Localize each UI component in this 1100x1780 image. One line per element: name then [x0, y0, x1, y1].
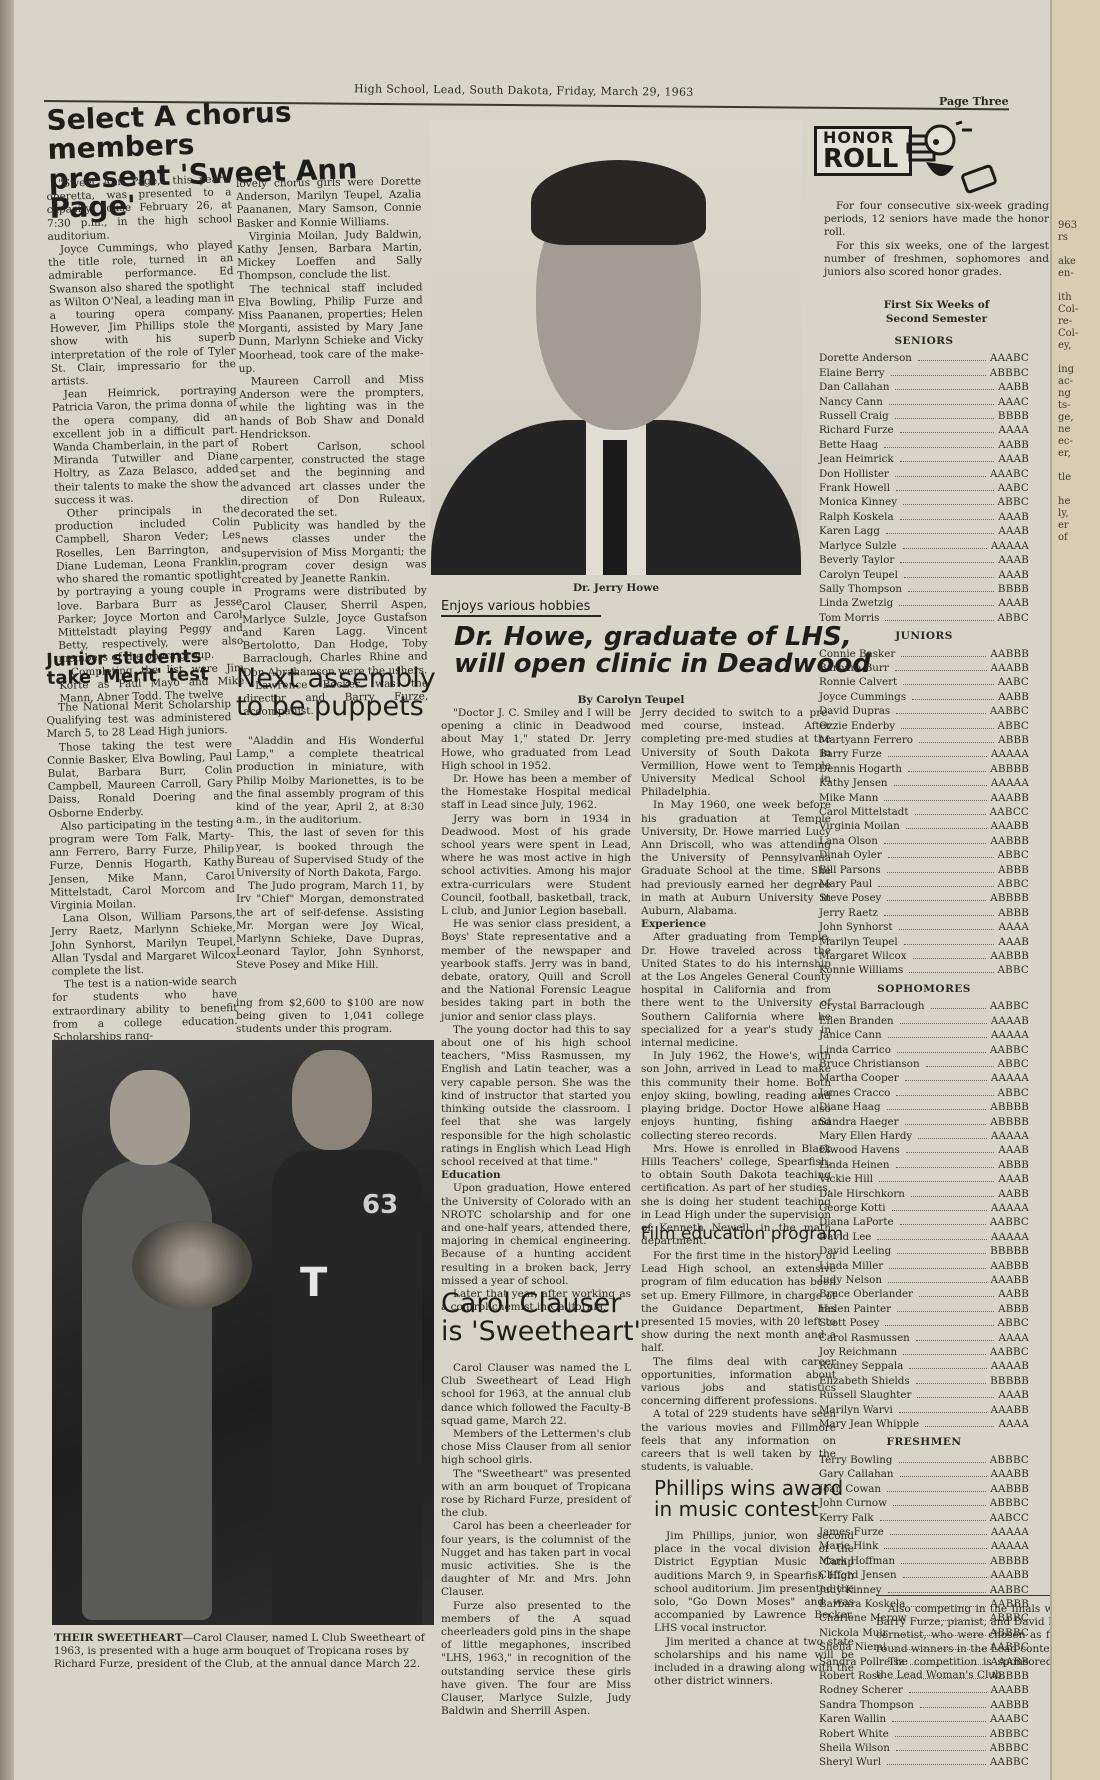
honor-roll-entry: Judy NelsonAAABB [819, 1273, 1029, 1287]
newspaper-page: High School, Lead, South Dakota, Friday,… [14, 0, 1054, 1780]
paragraph: Furze also presented to the members of t… [441, 1600, 631, 1719]
phillips-headline-line1: Phillips wins award [654, 1478, 843, 1499]
dot-leader [900, 461, 995, 462]
student-name: Connie Basker [819, 647, 895, 661]
honor-roll-entry: Elizabeth ShieldsBBBBB [819, 1374, 1029, 1388]
paragraph: Also participating in the testing progra… [48, 817, 235, 913]
student-grades: ABBB [998, 1302, 1029, 1316]
student-name: Frank Howell [819, 481, 890, 495]
dot-leader [916, 1340, 995, 1341]
student-grades: AAABB [991, 1403, 1029, 1417]
student-name: Clifford Jensen [819, 1568, 897, 1582]
assembly-headline-line2: to be puppets [236, 693, 436, 721]
student-name: George Kotti [819, 1201, 886, 1215]
honor-roll-entry: Linda ZwetzigAAAB [819, 596, 1029, 610]
student-grades: AAABB [991, 1273, 1029, 1287]
dot-leader [889, 404, 994, 405]
dot-leader [885, 1325, 993, 1326]
caption-lead: THEIR SWEETHEART [54, 1632, 183, 1644]
honor-roll-entry: Ozzie EnderbyABBC [819, 719, 1029, 733]
honor-roll-entry: Helen PainterABBB [819, 1302, 1029, 1316]
sweetheart-headline-line1: Carol Clauser [441, 1290, 641, 1318]
howe-column-1: "Doctor J. C. Smiley and I will be openi… [441, 707, 631, 1314]
student-grades: AABB [998, 438, 1029, 452]
paragraph: He was senior class president, a Boys' S… [441, 918, 631, 1024]
howe-headline-line1: Dr. Howe, graduate of LHS, [454, 624, 871, 651]
honor-roll-entry: Terry BowlingABBBC [819, 1453, 1029, 1467]
honor-roll-entry: Russell SlaughterAAAB [819, 1388, 1029, 1402]
honor-roll-entry: Joy ReichmannAABBC [819, 1345, 1029, 1359]
student-name: Mike Mann [819, 791, 878, 805]
boy-figure [272, 1150, 422, 1625]
merit-headline: Junior students take 'Merit' test [46, 648, 209, 689]
honor-roll-entry: Kathy JensenAAAAA [819, 776, 1029, 790]
student-name: Konnie Williams [819, 963, 903, 977]
student-name: Karen Wallin [819, 1712, 886, 1726]
jacket-letter: T [300, 1260, 327, 1306]
student-name: Mary Paul [819, 877, 872, 891]
student-name: Rodney Scherer [819, 1683, 903, 1697]
student-grades: ABBB [998, 863, 1029, 877]
dot-leader [887, 900, 986, 901]
student-name: Dinah Oyler [819, 848, 882, 862]
honor-roll-entry: Bette HaagAABB [819, 438, 1029, 452]
honor-roll-entry: Margaret WilcoxAABBB [819, 949, 1029, 963]
student-grades: AABBC [990, 1583, 1029, 1597]
paragraph: In July 1962, the Howe's, with son John,… [641, 1050, 831, 1142]
honor-roll-entry: Barbara BurrAAABB [819, 661, 1029, 675]
student-grades: AAAAA [991, 776, 1029, 790]
student-grades: AABC [998, 481, 1029, 495]
student-name: Joy Reichmann [819, 1345, 897, 1359]
honor-roll-entry: Frank HowellAABC [819, 481, 1029, 495]
dot-leader [891, 375, 986, 376]
period-line2: Second Semester [824, 312, 1049, 326]
dot-leader [889, 1678, 986, 1679]
dot-leader [897, 1311, 994, 1312]
howe-headline: Dr. Howe, graduate of LHS, will open cli… [454, 624, 871, 677]
dot-leader [884, 800, 986, 801]
paragraph: Those taking the test were Connie Basker… [47, 738, 234, 821]
student-grades: AABB [998, 380, 1029, 394]
merit-headline-line2: take 'Merit' test [46, 666, 208, 689]
dot-leader [908, 591, 994, 592]
honor-roll-entry: Linda MillerAABBB [819, 1259, 1029, 1273]
student-grades: AABC [998, 675, 1029, 689]
paragraph: For four consecutive six-week grading pe… [824, 200, 1049, 240]
dot-leader [915, 814, 986, 815]
student-name: Monica Kinney [819, 495, 897, 509]
student-grades: AAAAB [991, 1359, 1029, 1373]
honor-roll-entry: Mary Ellen HardyAAAAA [819, 1129, 1029, 1143]
student-grades: AAAB [998, 510, 1029, 524]
dot-leader [896, 1750, 986, 1751]
assembly-column: "Aladdin and His Wonderful Lamp," a comp… [236, 735, 424, 1036]
student-name: Jerry Raetz [819, 906, 878, 920]
honor-roll-entry: Jean HeimrickAAAB [819, 452, 1029, 466]
hair [531, 160, 706, 245]
honor-roll-entry: Connie BaskerAABBB [819, 647, 1029, 661]
howe-byline: By Carolyn Teupel [441, 694, 821, 706]
dot-leader [913, 958, 987, 959]
student-name: Sally Thompson [819, 582, 902, 596]
student-name: Robert Rose [819, 1669, 883, 1683]
student-name: Joyce Cummings [819, 690, 906, 704]
dot-leader [904, 944, 995, 945]
student-grades: ABBBC [990, 1727, 1029, 1741]
honor-roll-entry: Nancy CannAAAC [819, 395, 1029, 409]
dot-leader [880, 1520, 986, 1521]
student-grades: AAAAA [991, 1525, 1029, 1539]
honor-roll-entry: Kerry FalkAABCC [819, 1511, 1029, 1525]
honor-roll-entry: Tom MorrisABBC [819, 611, 1029, 625]
student-name: Robert White [819, 1727, 889, 1741]
honor-roll-entry: Mary Jean WhippleAAAA [819, 1417, 1029, 1431]
student-name: Sandra Haeger [819, 1115, 899, 1129]
honor-roll-entry: Rodney SeppalaAAAAB [819, 1359, 1029, 1373]
dot-leader [905, 1124, 987, 1125]
dot-leader [908, 771, 986, 772]
student-name: Sheila Wilson [819, 1741, 890, 1755]
adjacent-page-edge: 963 rs ake en- ith Col- re- Col- ey, ing… [1050, 0, 1100, 1780]
dot-leader [901, 656, 986, 657]
paragraph: The National Merit Scholarship Qualifyin… [46, 698, 232, 741]
dot-leader [911, 1196, 994, 1197]
dot-leader [894, 785, 987, 786]
paragraph: Other principals in the production inclu… [55, 503, 244, 666]
student-name: Marie Hink [819, 1539, 878, 1553]
student-grades: AABBB [990, 1698, 1029, 1712]
student-grades: AAAB [998, 1143, 1029, 1157]
student-grades: AAAB [998, 1388, 1029, 1402]
student-grades: ABBBB [990, 891, 1029, 905]
honor-roll-entry: Diana LaPorteAABBC [819, 1215, 1029, 1229]
honor-roll-entry: James FurzeAAAAA [819, 1525, 1029, 1539]
student-grades: ABBBC [990, 1611, 1029, 1625]
howe-headline-line2: will open clinic in Deadwood [454, 651, 871, 678]
honor-roll-entry: Elwood HavensAAAB [819, 1143, 1029, 1157]
dot-leader [897, 1052, 986, 1053]
dot-leader [903, 1354, 986, 1355]
paragraph: Jerry decided to switch to a pre-med cou… [641, 707, 831, 799]
student-grades: ABBBB [990, 1100, 1029, 1114]
dot-leader [900, 1023, 987, 1024]
student-name: Elwood Havens [819, 1143, 900, 1157]
student-name: James Cracco [819, 1086, 890, 1100]
howe-portrait [431, 120, 801, 575]
honor-roll-entry: David LeelingBBBBB [819, 1244, 1029, 1258]
student-name: John Curnow [819, 1496, 887, 1510]
student-name: Beverly Taylor [819, 553, 894, 567]
student-grades: BBBB [998, 409, 1029, 423]
honor-roll-period: First Six Weeks of Second Semester [824, 298, 1049, 326]
student-grades: AAAAA [991, 1201, 1029, 1215]
student-grades: AAABB [991, 661, 1029, 675]
honor-logo-line2: ROLL [823, 146, 903, 172]
student-grades: ABBB [998, 733, 1029, 747]
student-grades: AABBC [990, 704, 1029, 718]
student-grades: BBBBB [990, 1244, 1029, 1258]
paragraph: The films deal with career opportunities… [641, 1356, 836, 1409]
student-name: David Lee [819, 1230, 871, 1244]
dot-leader [895, 670, 987, 671]
student-grades: AAAA [998, 423, 1029, 437]
student-grades: ABBBC [990, 366, 1029, 380]
dot-leader [906, 828, 987, 829]
student-grades: AABBB [990, 949, 1029, 963]
dot-leader [878, 886, 993, 887]
paragraph: The young doctor had this to say about o… [441, 1024, 631, 1169]
student-grades: AAAAA [991, 1071, 1029, 1085]
honor-roll-entry: David LeeAAAAA [819, 1230, 1029, 1244]
student-name: Ralph Koskela [819, 510, 894, 524]
dot-leader [918, 1138, 987, 1139]
honor-roll-section-title: SOPHOMORES [819, 982, 1029, 996]
dot-leader [886, 533, 994, 534]
dot-leader [879, 1181, 994, 1182]
student-name: Carol Mittelstadt [819, 805, 909, 819]
honor-roll-entry: Crystal BarracloughAABBC [819, 999, 1029, 1013]
dot-leader [888, 1282, 987, 1283]
honor-roll-entry: Karen WallinAAABC [819, 1712, 1029, 1726]
student-name: David Dupras [819, 704, 890, 718]
dot-leader [903, 684, 994, 685]
honor-roll-entry: Marie HinkAAAAA [819, 1539, 1029, 1553]
dot-leader [896, 1167, 995, 1168]
honor-roll-entry: Bruce ChristiansonABBC [819, 1057, 1029, 1071]
student-grades: ABBBC [990, 1741, 1029, 1755]
chorus-column-2: lovely chorus girls were Dorette Anderso… [236, 175, 429, 719]
student-name: Judy Kinney [819, 1583, 882, 1597]
dot-leader [919, 1296, 994, 1297]
student-name: Scott Posey [819, 1316, 879, 1330]
honor-roll-entry: George KottiAAAAA [819, 1201, 1029, 1215]
paragraph: Virginia Moilan, Judy Baldwin, Kathy Jen… [237, 228, 423, 283]
dot-leader [889, 1268, 986, 1269]
student-grades: AAAA [998, 1417, 1029, 1431]
dot-leader [909, 972, 993, 973]
honor-roll-entry: Barbara KoskelaAABBB [819, 1597, 1029, 1611]
dot-leader [892, 1649, 986, 1650]
honor-roll-entry: Monica KinneyABBC [819, 495, 1029, 509]
student-grades: BBBB [998, 582, 1029, 596]
paragraph: ing from $2,600 to $100 are now being gi… [236, 997, 424, 1037]
student-grades: BBBBB [990, 1374, 1029, 1388]
paragraph: The test is a nation-wide search for stu… [52, 975, 238, 1045]
student-grades: ABBC [998, 1057, 1029, 1071]
student-grades: AABBB [990, 647, 1029, 661]
student-grades: AAABB [991, 791, 1029, 805]
student-name: Dennis Hogarth [819, 762, 902, 776]
honor-roll-entry: Barry FurzeAAAAA [819, 747, 1029, 761]
dot-leader [918, 360, 986, 361]
paragraph: For the first time in the history of Lea… [641, 1250, 836, 1356]
honor-roll-entry: Linda CarricoAABBC [819, 1043, 1029, 1057]
honor-roll-entry: Steve PoseyABBBB [819, 891, 1029, 905]
paragraph: "Aladdin and His Wonderful Lamp," a comp… [236, 735, 424, 827]
paragraph: The Judo program, March 11, by Irv "Chie… [236, 880, 424, 972]
student-grades: AABB [998, 690, 1029, 704]
dot-leader [895, 476, 986, 477]
dot-leader [916, 1383, 987, 1384]
student-name: Sheila Niemi [819, 1640, 886, 1654]
student-name: Bette Haag [819, 438, 878, 452]
honor-roll-entry: Marilyn TeupelAAAB [819, 935, 1029, 949]
honor-roll-entry: Dinah OylerABBC [819, 848, 1029, 862]
student-name: Martha Cooper [819, 1071, 899, 1085]
student-grades: AAAA [998, 920, 1029, 934]
honor-roll-entry: Karen LaggAAAB [819, 524, 1029, 538]
phillips-headline: Phillips wins award in music contest [654, 1478, 843, 1520]
honor-roll-entry: Sandra HaegerABBBB [819, 1115, 1029, 1129]
honor-roll-entry: Elaine BerryABBBC [819, 366, 1029, 380]
paragraph: lovely chorus girls were Dorette Anderso… [236, 175, 422, 230]
student-name: Carol Rasmussen [819, 1331, 910, 1345]
dot-leader [892, 1210, 987, 1211]
honor-roll-entry: Mark HoffmanABBBB [819, 1554, 1029, 1568]
honor-roll-entry: Vickie HillAAAB [819, 1172, 1029, 1186]
howe-photo-caption: Dr. Jerry Howe [431, 582, 801, 594]
sweetheart-photo: 63 T [52, 1040, 434, 1625]
honor-roll-entry: Scott PoseyABBC [819, 1316, 1029, 1330]
dot-leader [877, 1239, 986, 1240]
dot-leader [893, 1505, 986, 1506]
student-name: David Leeling [819, 1244, 891, 1258]
student-grades: ABBBC [990, 1626, 1029, 1640]
honor-roll-entry: Sheila NiemiAABBC [819, 1640, 1029, 1654]
honor-roll-entry: Konnie WilliamsABBC [819, 963, 1029, 977]
dot-leader [887, 1764, 986, 1765]
student-grades: AAAAA [991, 1230, 1029, 1244]
student-name: Russell Slaughter [819, 1388, 911, 1402]
honor-roll-entry: Rodney SchererAAABB [819, 1683, 1029, 1697]
honor-roll-entry: Dan CallahanAABB [819, 380, 1029, 394]
student-grades: AAABB [991, 1655, 1029, 1669]
honor-roll-entry: Virginia MoilanAAABB [819, 819, 1029, 833]
student-grades: AAAAA [991, 1539, 1029, 1553]
dot-leader [901, 1563, 986, 1564]
honor-roll-entry: Gary CallahanAAABB [819, 1467, 1029, 1481]
dot-leader [909, 1692, 987, 1693]
dot-leader [894, 1635, 986, 1636]
honor-roll-entry: Ellen BrandenAAAAB [819, 1014, 1029, 1028]
honor-roll-entry: Carol MittelstadtAABCC [819, 805, 1029, 819]
dot-leader [892, 1721, 986, 1722]
dot-leader [896, 490, 994, 491]
honor-roll-entry: Judy KinneyAABBC [819, 1583, 1029, 1597]
student-name: Linda Heinen [819, 1158, 890, 1172]
student-grades: AABCC [990, 805, 1029, 819]
honor-roll-entry: Martha CooperAAAAA [819, 1071, 1029, 1085]
paragraph: A total of 229 students have seen the va… [641, 1408, 836, 1474]
dot-leader [885, 620, 993, 621]
boy-head [292, 1050, 372, 1150]
student-grades: AAAC [998, 395, 1029, 409]
honor-roll-section-title: FRESHMEN [819, 1435, 1029, 1449]
honor-roll-entry: Bill ParsonsABBB [819, 863, 1029, 877]
honor-roll-entry: Janice CannAAAAA [819, 1028, 1029, 1042]
film-headline: Film education program [641, 1226, 843, 1244]
honor-roll-entry: Don HollisterAAABC [819, 467, 1029, 481]
student-name: Dorette Anderson [819, 351, 912, 365]
honor-roll-entry: Bruce OberlanderAABB [819, 1287, 1029, 1301]
student-grades: AABB [998, 1287, 1029, 1301]
student-name: Ozzie Enderby [819, 719, 895, 733]
dot-leader [888, 756, 987, 757]
student-name: Joan Cowan [819, 1482, 881, 1496]
student-grades: AAAB [998, 553, 1029, 567]
tie [603, 440, 627, 575]
dot-leader [903, 1577, 987, 1578]
student-grades: ABBBB [990, 1115, 1029, 1129]
student-name: Rodney Seppala [819, 1359, 903, 1373]
student-name: Helen Painter [819, 1302, 891, 1316]
student-name: Marilyn Teupel [819, 935, 898, 949]
student-name: Diane Haag [819, 1100, 881, 1114]
student-name: Diana LaPorte [819, 1215, 894, 1229]
student-name: Ellen Branden [819, 1014, 894, 1028]
student-name: James Furze [819, 1525, 884, 1539]
student-grades: ABBBC [990, 1453, 1029, 1467]
student-grades: AAAA [998, 1331, 1029, 1345]
assembly-headline-line1: Next assembly [236, 665, 436, 693]
dot-leader [899, 929, 995, 930]
paragraph: Carol Clauser was named the L Club Sweet… [441, 1362, 631, 1428]
honor-roll-entry: Linda HeinenABBB [819, 1158, 1029, 1172]
adjacent-page-text: 963 rs ake en- ith Col- re- Col- ey, ing… [1058, 220, 1078, 544]
phillips-headline-line2: in music contest [654, 1499, 843, 1520]
honor-roll-entry: Russell CraigBBBB [819, 409, 1029, 423]
paragraph: The technical staff included Elva Bowlin… [237, 281, 423, 376]
paragraph: Joyce Cummings, who played the title rol… [48, 239, 237, 389]
dot-leader [904, 577, 994, 578]
student-name: John Synhorst [819, 920, 893, 934]
student-name: Bruce Christianson [819, 1057, 920, 1071]
dot-leader [919, 742, 994, 743]
student-grades: AABBB [990, 1597, 1029, 1611]
period-line1: First Six Weeks of [824, 298, 1049, 312]
student-grades: AAAB [998, 452, 1029, 466]
student-name: Linda Carrico [819, 1043, 891, 1057]
student-grades: AABBC [990, 1755, 1029, 1769]
student-grades: AAABC [990, 1712, 1029, 1726]
dot-leader [896, 713, 986, 714]
student-grades: ABBC [998, 848, 1029, 862]
student-name: Dan Callahan [819, 380, 889, 394]
student-grades: AAABB [991, 819, 1029, 833]
jacket-number: 63 [362, 1190, 398, 1220]
student-name: Sandra Thompson [819, 1698, 914, 1712]
paragraph: Dr. Howe has been a member of the Homest… [441, 773, 631, 813]
dot-leader [895, 389, 994, 390]
film-column: For the first time in the history of Lea… [641, 1250, 836, 1474]
student-grades: AABBC [990, 1043, 1029, 1057]
assembly-headline: Next assembly to be puppets [236, 665, 436, 722]
student-name: Tom Morris [819, 611, 879, 625]
honor-roll-entry: Martyann FerreroABBB [819, 733, 1029, 747]
student-grades: ABBBB [990, 762, 1029, 776]
dot-leader [910, 1664, 986, 1665]
howe-kicker: Enjoys various hobbies [441, 600, 601, 617]
dot-leader [903, 504, 994, 505]
paragraph: Carol has been a cheerleader for four ye… [441, 1520, 631, 1599]
paragraph: Robert Carlson, school carpenter, constr… [240, 439, 426, 521]
student-grades: AABBB [990, 834, 1029, 848]
sweetheart-column: Carol Clauser was named the L Club Sweet… [441, 1362, 631, 1718]
dot-leader [888, 1592, 986, 1593]
honor-roll-entry: Carolyn TeupelAAAB [819, 568, 1029, 582]
student-grades: AAAAA [991, 539, 1029, 553]
